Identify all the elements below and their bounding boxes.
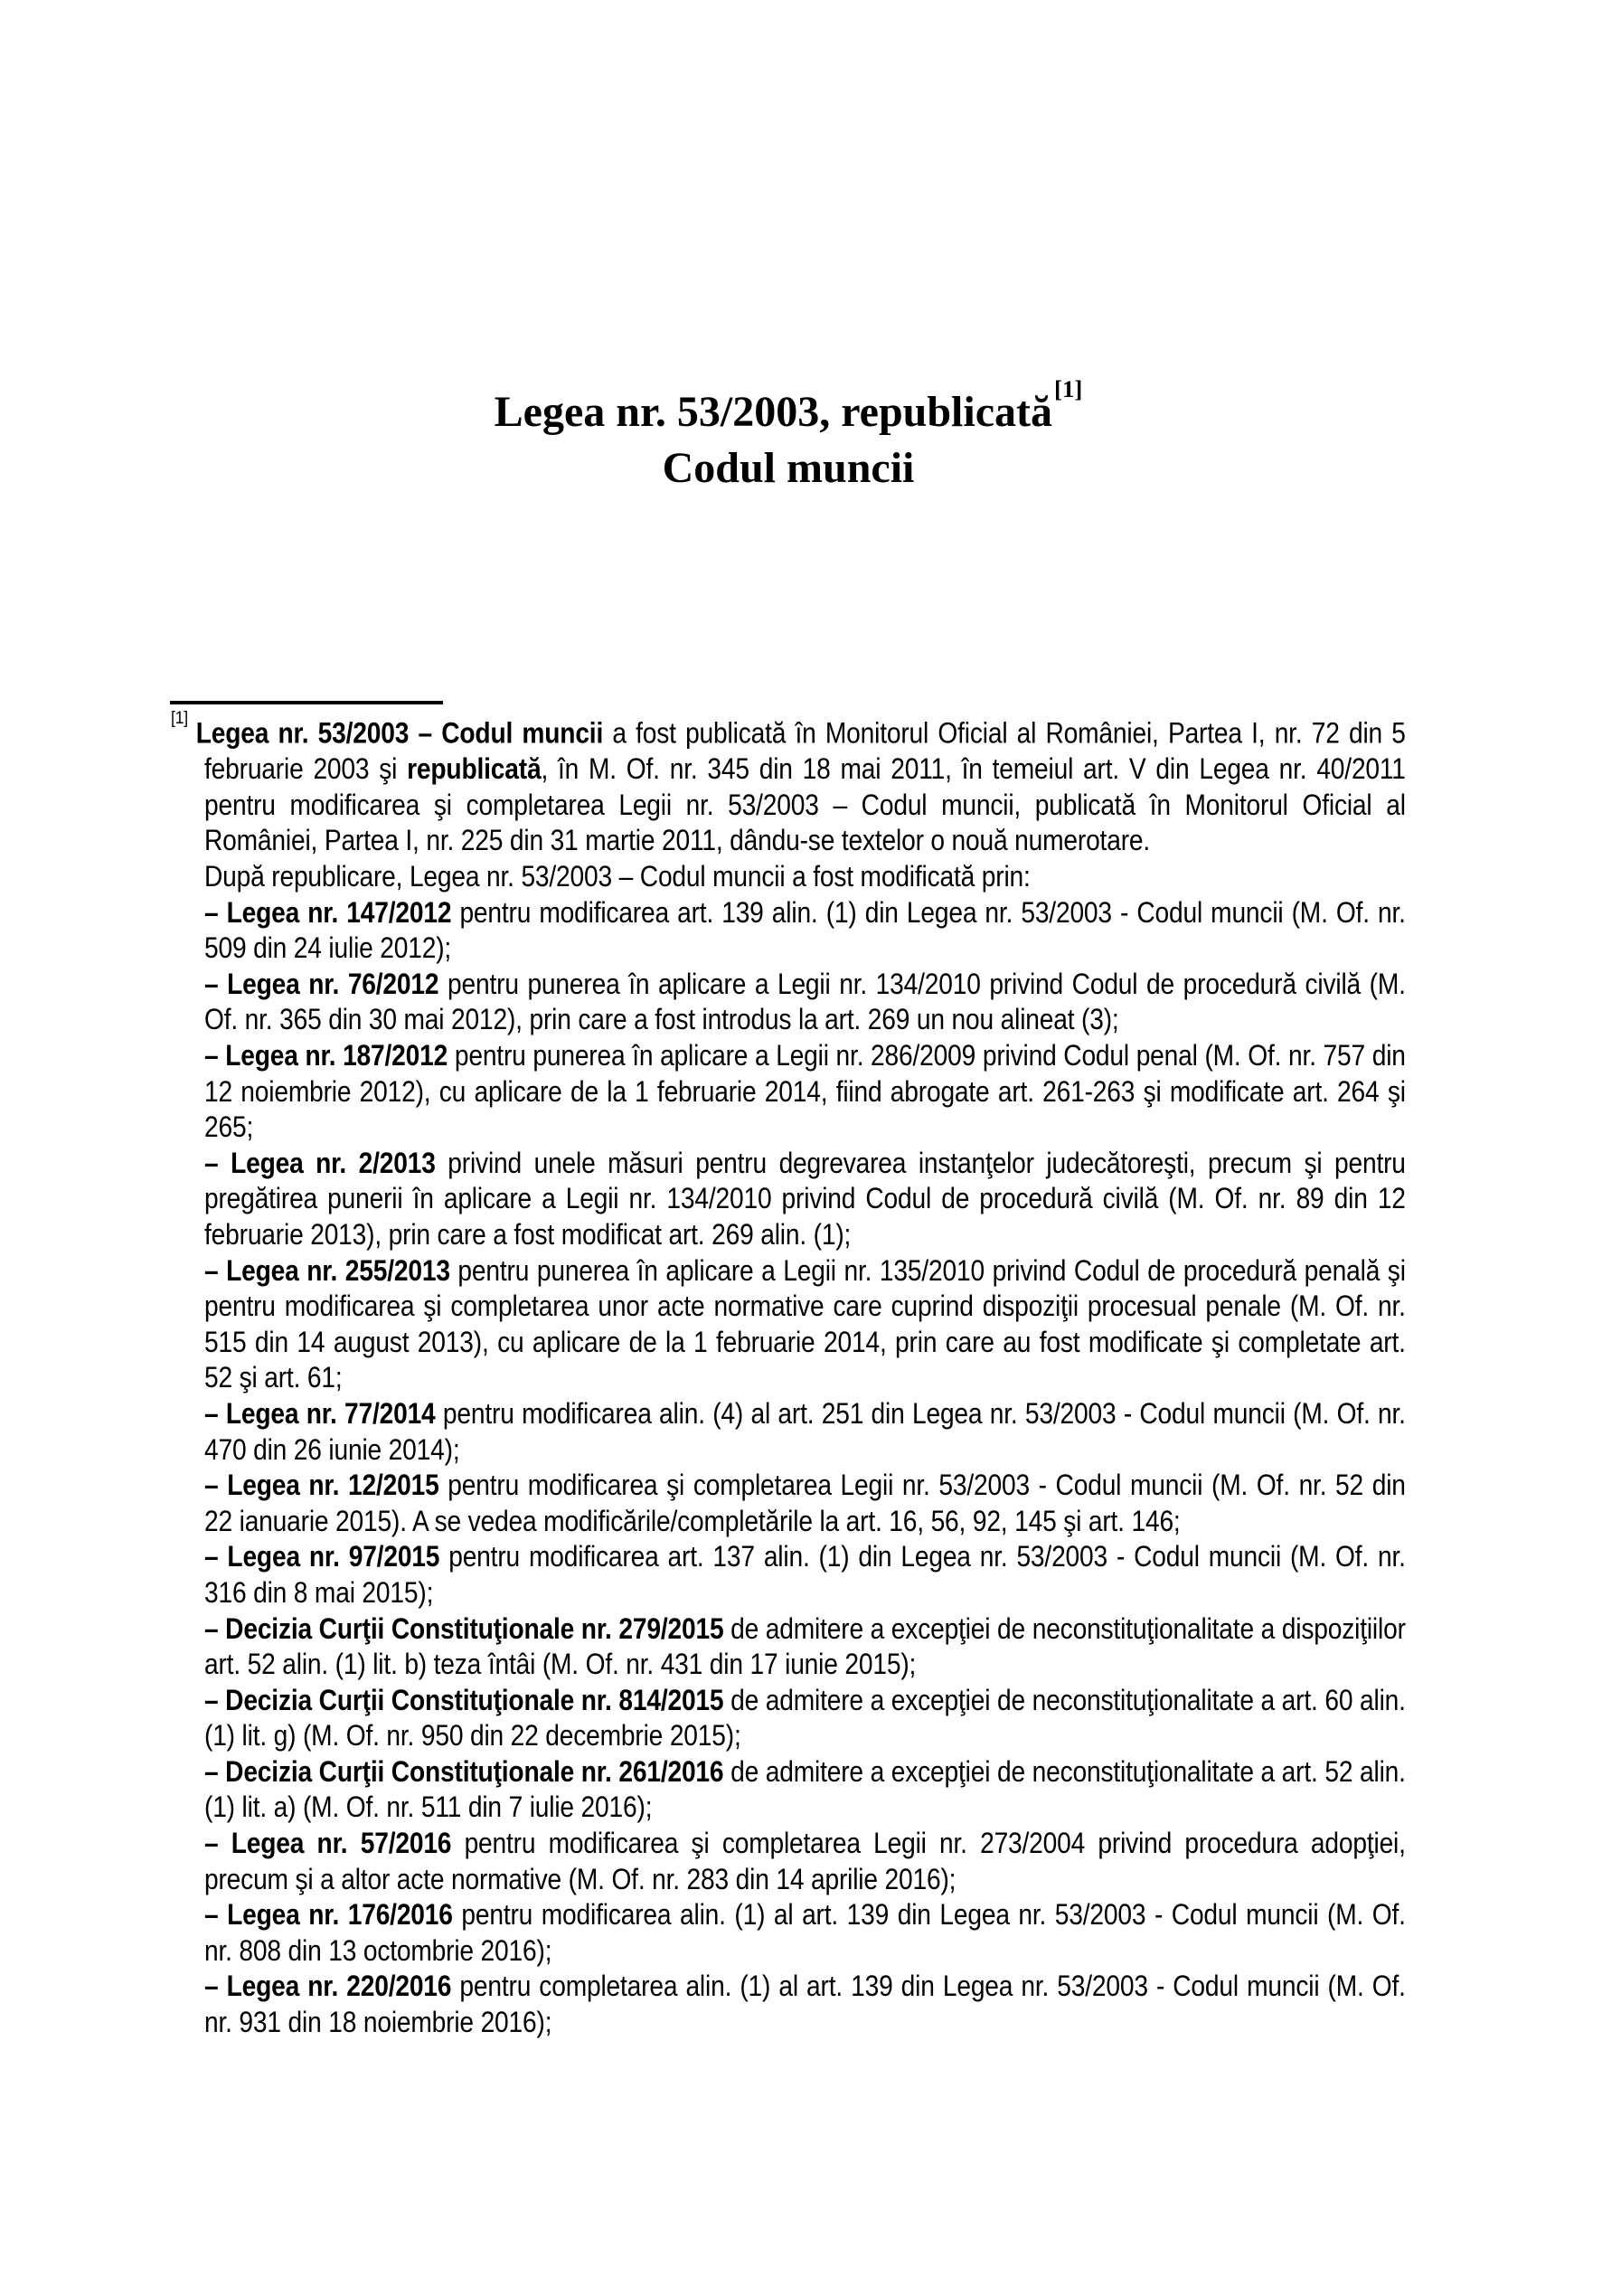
footnote-segment-bold: – Legea nr. 220/2016 <box>204 1970 451 2002</box>
footnote-paragraph: – Legea nr. 147/2012 pentru modificarea … <box>204 895 1406 967</box>
document-title: Legea nr. 53/2003, republicată[1] Codul … <box>170 374 1407 496</box>
footnote-segment-bold: – Decizia Curţii Constituţionale nr. 279… <box>204 1612 723 1645</box>
footnote-paragraph: – Legea nr. 12/2015 pentru modificarea ş… <box>204 1468 1406 1539</box>
footnote-segment-bold: – Legea nr. 76/2012 <box>204 968 438 1000</box>
footnote-segment-bold: – Legea nr. 176/2016 <box>204 1898 453 1931</box>
footnote-separator-rule <box>170 701 443 704</box>
footnote-paragraph: – Legea nr. 2/2013 privind unele măsuri … <box>204 1146 1406 1253</box>
document-page: Legea nr. 53/2003, republicată[1] Codul … <box>0 0 1602 2296</box>
footnote-paragraph: – Legea nr. 220/2016 pentru completarea … <box>204 1969 1406 2040</box>
footnote-segment-bold: – Legea nr. 187/2012 <box>204 1039 448 1072</box>
footnote-paragraph: – Legea nr. 77/2014 pentru modificarea a… <box>204 1396 1406 1468</box>
footnote-paragraph: [1]Legea nr. 53/2003 – Codul muncii a fo… <box>204 710 1406 859</box>
footnote-segment-bold: – Legea nr. 2/2013 <box>204 1147 436 1179</box>
footnote-paragraph: – Decizia Curţii Constituţionale nr. 279… <box>204 1611 1406 1683</box>
footnote-segment-bold: Legea nr. 53/2003 – Codul muncii <box>196 717 603 750</box>
footnote-paragraph: După republicare, Legea nr. 53/2003 – Co… <box>204 859 1406 895</box>
footnote-segment-bold: – Legea nr. 57/2016 <box>204 1827 451 1859</box>
footnote-segment-bold: – Legea nr. 255/2013 <box>204 1254 450 1287</box>
footnote-paragraph: – Legea nr. 57/2016 pentru modificarea ş… <box>204 1826 1406 1897</box>
footnote-paragraph: – Legea nr. 255/2013 pentru punerea în a… <box>204 1253 1406 1396</box>
title-footnote-ref: [1] <box>1054 375 1082 402</box>
footnote-segment-bold: – Decizia Curţii Constituţionale nr. 814… <box>204 1684 723 1716</box>
footnote-segment-bold: republicată <box>407 752 541 785</box>
title-text: Legea nr. 53/2003, republicată <box>495 388 1052 436</box>
footnote-paragraph: – Decizia Curţii Constituţionale nr. 814… <box>204 1683 1406 1754</box>
footnote-paragraph: – Decizia Curţii Constituţionale nr. 261… <box>204 1754 1406 1826</box>
footnote-segment-bold: – Legea nr. 12/2015 <box>204 1469 439 1501</box>
footnote-segment-bold: – Legea nr. 77/2014 <box>204 1397 436 1430</box>
title-line-1: Legea nr. 53/2003, republicată[1] <box>170 374 1407 440</box>
footnote-block: [1]Legea nr. 53/2003 – Codul muncii a fo… <box>204 710 1406 2041</box>
footnote-paragraph: – Legea nr. 176/2016 pentru modificarea … <box>204 1897 1406 1969</box>
footnote-paragraph: – Legea nr. 187/2012 pentru punerea în a… <box>204 1038 1406 1146</box>
footnote-segment-bold: – Decizia Curţii Constituţionale nr. 261… <box>204 1755 723 1788</box>
footnote-marker: [1] <box>171 708 188 728</box>
footnote-paragraph: – Legea nr. 76/2012 pentru punerea în ap… <box>204 967 1406 1038</box>
footnote-segment-bold: – Legea nr. 97/2015 <box>204 1540 439 1573</box>
footnote-segment-bold: – Legea nr. 147/2012 <box>204 896 451 929</box>
footnote-segment: După republicare, Legea nr. 53/2003 – Co… <box>204 860 1031 893</box>
footnote-paragraph: – Legea nr. 97/2015 pentru modificarea a… <box>204 1539 1406 1611</box>
title-line-2: Codul muncii <box>170 440 1407 496</box>
